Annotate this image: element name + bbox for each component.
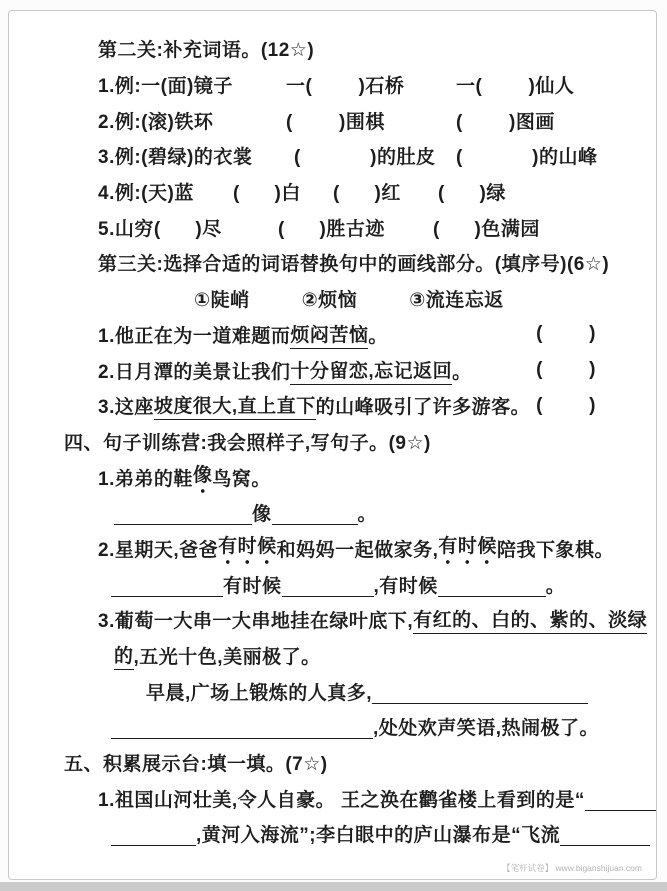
s3-answer-tail: ,处处欢声笑语,热闹极了。	[373, 713, 599, 740]
q1-underlined: 烦闷苦恼	[290, 320, 368, 349]
sentence-example-1: 1.弟弟的鞋像鸟窝。	[98, 459, 656, 495]
q2-post: 。	[452, 357, 472, 384]
q1-pre: 1.他正在为一道难题而	[98, 321, 290, 348]
poem-line1-text: 1.祖国山河壮美,令人自豪。 王之涣在鹳雀楼上看到的是“	[98, 785, 585, 812]
row1-blank-2: 一( )仙人	[456, 71, 574, 98]
q3-underlined: 坡度很大,直上直下	[154, 391, 316, 420]
viewer-bottom-bar	[0, 882, 667, 891]
s2-pre: 2.星期天,爸爸	[98, 535, 218, 562]
row3-blank-2: ( )的山峰	[456, 142, 598, 169]
word-completion-row-5: 5.山穷( )尽 ( )胜古迹 ( )色满园	[98, 209, 656, 245]
s1-pre: 1.弟弟的鞋	[98, 464, 193, 491]
section5-title-line: 五、积累展示台:填一填。(7☆)	[64, 745, 656, 781]
s2-emphasized-word-2: 有时候	[438, 531, 497, 565]
row5-blank-2: ( )胜古迹	[278, 214, 433, 241]
section4-title-line: 四、句子训练营:我会照样子,写句子。(9☆)	[64, 424, 656, 460]
answer-blank	[372, 679, 588, 704]
row3-example: 3.例:(碧绿)的衣裳	[98, 142, 294, 169]
section2-title-line: 第二关:补充词语。(12☆)	[98, 31, 656, 67]
row1-example: 1.例:一(面)镜子	[98, 71, 286, 98]
row2-blank-1: ( )围棋	[286, 107, 456, 134]
replace-question-3: 3.这座坡度很大,直上直下的山峰吸引了许多游客。 ( )	[98, 388, 656, 424]
word-completion-row-3: 3.例:(碧绿)的衣裳 ( )的肚皮 ( )的山峰	[98, 138, 656, 174]
row2-example: 2.例:(滚)铁环	[98, 107, 286, 134]
poem-fill-line-1: 1.祖国山河壮美,令人自豪。 王之涣在鹳雀楼上看到的是“	[98, 780, 656, 816]
option-3: ③流连忘返	[409, 285, 504, 312]
answer-blank	[438, 572, 546, 597]
word-completion-row-1: 1.例:一(面)镜子 一( )石桥 一( )仙人	[98, 67, 656, 103]
sentence-answer-line-2: 有时候,有时候。	[111, 566, 656, 602]
section4-title: 四、句子训练营:我会照样子,写句子。(9☆)	[64, 428, 431, 455]
s3-underlined-2: 的	[114, 641, 134, 670]
q3-answer-paren: ( )	[536, 395, 596, 417]
worksheet-page: 第二关:补充词语。(12☆) 1.例:一(面)镜子 一( )石桥 一( )仙人 …	[8, 10, 657, 880]
s2-mid: 和妈妈一起做家务,	[277, 535, 439, 562]
q2-underlined: 十分留恋,忘记返回	[290, 356, 452, 385]
sentence-example-2: 2.星期天,爸爸有时候和妈妈一起做家务,有时候陪我下象棋。	[98, 531, 656, 567]
section3-title-line: 第三关:选择合适的词语替换句中的画线部分。(填序号)(6☆)	[98, 245, 656, 281]
row4-example: 4.例:(天)蓝	[98, 178, 233, 205]
row4-blank-2: ( )红	[333, 178, 438, 205]
q3-post: 的山峰吸引了许多游客。	[316, 392, 531, 419]
q2-pre: 2.日月潭的美景让我们	[98, 357, 290, 384]
row5-blank-3: ( )色满园	[433, 214, 540, 241]
q2-answer-paren: ( )	[536, 359, 596, 381]
answer-blank	[111, 821, 196, 846]
replace-question-2: 2.日月潭的美景让我们十分留恋,忘记返回。 ( )	[98, 352, 656, 388]
word-completion-row-4: 4.例:(天)蓝 ( )白 ( )红 ( )绿	[98, 174, 656, 210]
s2-answer-end: 。	[546, 571, 566, 598]
sentence-answer-line-1: 像。	[114, 495, 656, 531]
q3-pre: 3.这座	[98, 392, 154, 419]
s1-answer-end: 。	[358, 499, 378, 526]
s3-pre: 3.葡萄一大串一大串地挂在绿叶底下,	[98, 606, 413, 633]
row4-blank-3: ( )绿	[438, 178, 506, 205]
answer-blank	[272, 500, 358, 525]
row1-blank-1: 一( )石桥	[286, 71, 456, 98]
section3-title: 第三关:选择合适的词语替换句中的画线部分。(填序号)(6☆)	[98, 249, 609, 276]
option-1: ①陡峭	[194, 285, 250, 312]
row2-blank-2: ( )图画	[456, 107, 555, 134]
sentence-example-3-line2: 的,五光十色,美丽极了。	[114, 638, 656, 674]
option-2: ②烦恼	[302, 285, 358, 312]
s2-emphasized-word-1: 有时候	[218, 531, 277, 565]
s3-underlined-1: 有红的、白的、紫的、淡绿	[413, 605, 647, 634]
sentence-example-3-line1: 3.葡萄一大串一大串地挂在绿叶底下,有红的、白的、紫的、淡绿	[98, 602, 656, 638]
q1-answer-paren: ( )	[536, 323, 596, 345]
s1-answer-mid: 像	[252, 499, 272, 526]
word-completion-row-2: 2.例:(滚)铁环 ( )围棋 ( )图画	[98, 102, 656, 138]
section5-title: 五、积累展示台:填一填。(7☆)	[64, 749, 328, 776]
answer-blank	[114, 500, 252, 525]
row5-blank-1: 5.山穷( )尽	[98, 214, 278, 241]
sentence-answer-line-3b: ,处处欢声笑语,热闹极了。	[111, 709, 656, 745]
s2-answer-w1: 有时候	[223, 571, 282, 598]
s1-post: 鸟窝。	[212, 464, 271, 491]
answer-blank	[585, 786, 656, 811]
q1-post: 。	[368, 321, 388, 348]
replace-question-1: 1.他正在为一道难题而烦闷苦恼。 ( )	[98, 317, 656, 353]
answer-blank	[282, 572, 374, 597]
answer-blank	[560, 821, 650, 846]
s3-answer-prompt: 早晨,广场上锻炼的人真多,	[146, 678, 372, 705]
s2-post: 陪我下象棋。	[497, 535, 614, 562]
option-list: ①陡峭 ②烦恼 ③流连忘返	[194, 281, 656, 317]
site-watermark: 【笔杆试卷】 www.biganshijuan.com	[502, 862, 642, 874]
answer-blank	[111, 714, 373, 739]
answer-blank	[111, 572, 223, 597]
s1-emphasized-word: 像	[193, 460, 213, 494]
section2-title: 第二关:补充词语。(12☆)	[98, 35, 314, 62]
worksheet-content: 第二关:补充词语。(12☆) 1.例:一(面)镜子 一( )石桥 一( )仙人 …	[9, 11, 656, 852]
row3-blank-1: ( )的肚皮	[294, 142, 456, 169]
s3-post: ,五光十色,美丽极了。	[134, 642, 321, 669]
sentence-answer-line-3a: 早晨,广场上锻炼的人真多,	[146, 673, 656, 709]
poem-line2-text: ,黄河入海流”;李白眼中的庐山瀑布是“飞流	[196, 820, 560, 847]
poem-fill-line-2: ,黄河入海流”;李白眼中的庐山瀑布是“飞流	[111, 816, 656, 852]
row4-blank-1: ( )白	[233, 178, 333, 205]
s2-answer-w2: ,有时候	[374, 571, 438, 598]
